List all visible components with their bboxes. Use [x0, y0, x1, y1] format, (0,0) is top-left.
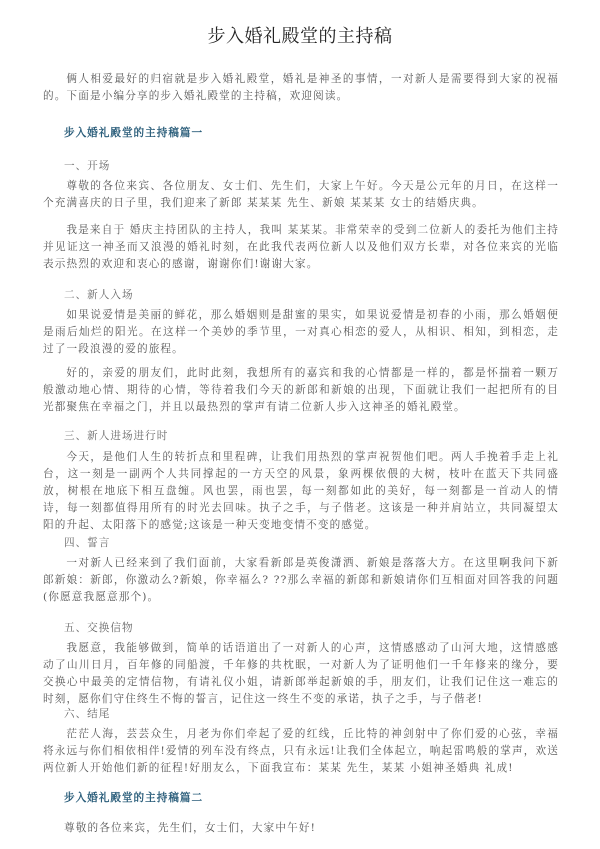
section-5-para-1: 我愿意，我能够做到，简单的话语道出了一对新人的心声，这情感感动了山河大地，这情感… [43, 640, 559, 708]
section-4-para-1: 一对新人已经来到了我们面前，大家看新郎是英俊潇洒、新娘是落落大方。在这里啊我问下… [43, 555, 559, 606]
intro-paragraph: 俩人相爱最好的归宿就是步入婚礼殿堂，婚礼是神圣的事情，一对新人是需要得到大家的祝… [43, 71, 559, 105]
part1-heading: 步入婚礼殿堂的主持稿篇一 [64, 125, 203, 140]
section-3-para-1: 今天，是他们人生的转折点和里程碑，让我们用热烈的掌声祝贺他们吧。两人手挽着手走上… [43, 449, 559, 534]
section-2-title: 二、新人入场 [64, 287, 134, 302]
section-6-para-1: 茫茫人海，芸芸众生，月老为你们牵起了爱的红线，丘比特的神剑射中了你们爱的心弦，幸… [43, 726, 559, 777]
part2-opening: 尊敬的各位来宾，先生们，女士们，大家中午好! [64, 820, 580, 837]
section-4-title: 四、誓言 [64, 535, 110, 550]
part2-heading: 步入婚礼殿堂的主持稿篇二 [64, 790, 203, 805]
section-6-title: 六、结尾 [64, 706, 110, 721]
section-1-para-1: 尊敬的各位来宾、各位朋友、女士们、先生们，大家上午好。今天是公元年的月日，在这样… [43, 178, 559, 212]
section-2-para-2: 好的，亲爱的朋友们，此时此刻，我想所有的嘉宾和我的心情都是一样的，都是怀揣着一颗… [43, 365, 559, 416]
section-1-title: 一、开场 [64, 158, 110, 173]
section-5-title: 五、交换信物 [64, 620, 134, 635]
section-1-para-2: 我是来自于 婚庆主持团队的主持人，我叫 某某某。非常荣幸的受到二位新人的委托为他… [43, 222, 559, 273]
section-2-para-1: 如果说爱情是美丽的鲜花，那么婚姻则是甜蜜的果实，如果说爱情是初春的小雨，那么婚姻… [43, 307, 559, 358]
document-title: 步入婚礼殿堂的主持稿 [0, 22, 600, 48]
section-3-title: 三、新人进场进行时 [64, 428, 168, 443]
